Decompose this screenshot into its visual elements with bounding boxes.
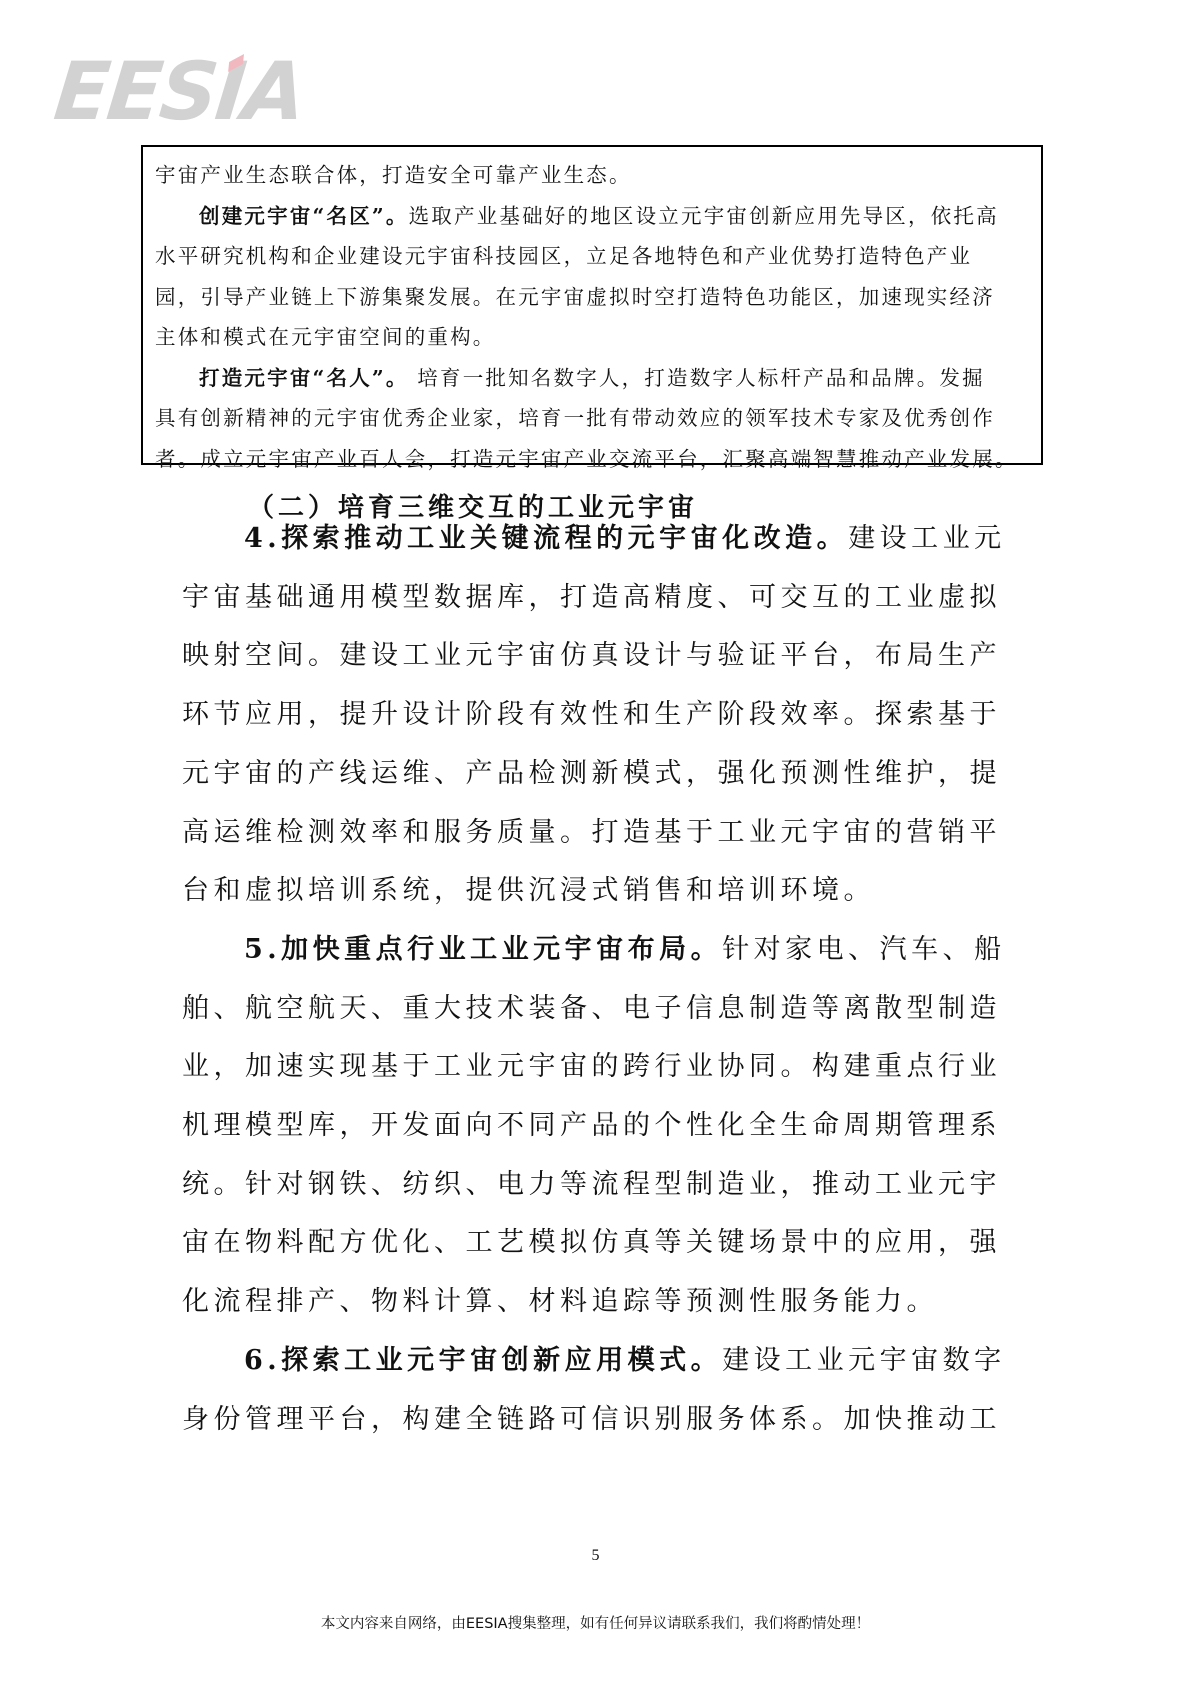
- footer-disclaimer: 本文内容来自网络，由EESIA搜集整理，如有任何异议请联系我们，我们将酌情处理！: [0, 1612, 1191, 1633]
- body-line: 机理模型库，开发面向不同产品的个性化全生命周期管理系: [182, 1097, 1012, 1156]
- box-subheading-famous-zone: 创建元宇宙“名区”。: [199, 204, 409, 228]
- body-line: 高运维检测效率和服务质量。打造基于工业元宇宙的营销平: [182, 804, 1012, 863]
- body-line: 身份管理平台，构建全链路可信识别服务体系。加快推动工: [182, 1391, 1012, 1450]
- body-text: 4.探索推动工业关键流程的元宇宙化改造。建设工业元 宇宙基础通用模型数据库，打造…: [182, 510, 1012, 1449]
- box-line: 宇宙产业生态联合体，打造安全可靠产业生态。: [155, 155, 1029, 196]
- body-line: 业，加速实现基于工业元宇宙的跨行业协同。构建重点行业: [182, 1038, 1012, 1097]
- body-line: 统。针对钢铁、纺织、电力等流程型制造业，推动工业元宇: [182, 1156, 1012, 1215]
- box-subheading-famous-people: 打造元宇宙“名人”。: [199, 366, 409, 390]
- box-line: 具有创新精神的元宇宙优秀企业家，培育一批有带动效应的领军技术专家及优秀创作: [155, 398, 1029, 439]
- body-line: 宙在物料配方优化、工艺模拟仿真等关键场景中的应用，强: [182, 1214, 1012, 1273]
- box-line: 水平研究机构和企业建设元宇宙科技园区，立足各地特色和产业优势打造特色产业: [155, 236, 1029, 277]
- body-line: 环节应用，提升设计阶段有效性和生产阶段效率。探索基于: [182, 686, 1012, 745]
- page-number: 5: [0, 1547, 1191, 1565]
- box-line: 主体和模式在元宇宙空间的重构。: [155, 317, 1029, 358]
- box-line: 园，引导产业链上下游集聚发展。在元宇宙虚拟时空打造特色功能区，加速现实经济: [155, 277, 1029, 318]
- body-line: 舶、航空航天、重大技术装备、电子信息制造等离散型制造: [182, 980, 1012, 1039]
- box-line: 者。成立元宇宙产业百人会，打造元宇宙产业交流平台，汇聚高端智慧推动产业发展。: [155, 439, 1029, 480]
- paragraph-4-heading-line: 4.探索推动工业关键流程的元宇宙化改造。建设工业元: [182, 510, 1012, 569]
- eesia-watermark-logo: EESIA: [51, 52, 308, 132]
- body-line: 台和虚拟培训系统，提供沉浸式销售和培训环境。: [182, 862, 1012, 921]
- body-line: 映射空间。建设工业元宇宙仿真设计与验证平台，布局生产: [182, 627, 1012, 686]
- body-line: 宇宙基础通用模型数据库，打造高精度、可交互的工业虚拟: [182, 569, 1012, 628]
- paragraph-5-heading-line: 5.加快重点行业工业元宇宙布局。针对家电、汽车、船: [182, 921, 1012, 980]
- body-line: 化流程排产、物料计算、材料追踪等预测性服务能力。: [182, 1273, 1012, 1332]
- paragraph-6-heading-line: 6.探索工业元宇宙创新应用模式。建设工业元宇宙数字: [182, 1332, 1012, 1391]
- boxed-text-section: 宇宙产业生态联合体，打造安全可靠产业生态。 创建元宇宙“名区”。选取产业基础好的…: [141, 145, 1043, 465]
- body-line: 元宇宙的产线运维、产品检测新模式，强化预测性维护，提: [182, 745, 1012, 804]
- logo-text-prefix: EES: [50, 45, 221, 138]
- logo-text-suffix: A: [239, 45, 309, 138]
- box-line: 创建元宇宙“名区”。选取产业基础好的地区设立元宇宙创新应用先导区，依托高: [155, 196, 1029, 237]
- box-line: 打造元宇宙“名人”。 培育一批知名数字人，打造数字人标杆产品和品牌。发掘: [155, 358, 1029, 399]
